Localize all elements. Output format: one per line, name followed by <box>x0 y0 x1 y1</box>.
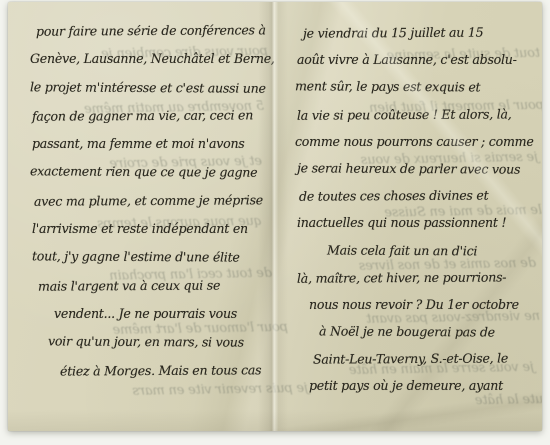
handwritten-line: ment sûr, le pays est exquis et <box>295 73 537 102</box>
handwritten-line: Saint-Leu-Taverny, S.-et-Oise, le <box>295 345 537 374</box>
handwritten-line: passant, ma femme et moi n'avons <box>30 130 266 158</box>
handwritten-line: de toutes ces choses divines et <box>295 181 537 210</box>
handwritten-line: Mais cela fait un an d'ici <box>295 236 537 265</box>
scanned-letter-photo: { "colors":{ "background":"#f3f4ef", "pa… <box>0 0 550 445</box>
letter-page-left: pour faire une série de conférences àGen… <box>30 17 266 385</box>
handwritten-line: voir qu'un jour, en mars, si vous <box>30 328 266 358</box>
handwritten-line: petit pays où je demeure, ayant <box>295 372 537 399</box>
handwritten-line: vendent... Je ne pourrais vous <box>30 300 266 328</box>
letter-paper: pour vous dire combien je5 novembre au m… <box>8 2 542 431</box>
handwritten-line: l'arrivisme et reste indépendant en <box>30 215 266 243</box>
handwritten-line: inactuelles qui nous passionnent ! <box>295 209 537 236</box>
handwritten-line: je viendrai du 15 juillet au 15 <box>295 18 537 47</box>
handwritten-line: Genève, Lausanne, Neuchâtel et Berne, <box>30 45 266 73</box>
handwritten-line: exactement rien que ce que je gagne <box>30 158 266 188</box>
handwritten-line: le projet m'intéresse et c'est aussi une <box>30 73 266 103</box>
letter-page-right: je viendrai du 15 juillet au 15août vivr… <box>295 19 537 400</box>
handwritten-line: la vie si peu coûteuse ! Et alors, là, <box>295 100 537 129</box>
handwritten-line: je serai heureux de parler avec vous <box>295 154 537 183</box>
handwritten-line: comme nous pourrons causer ; comme <box>295 128 537 155</box>
handwritten-line: à Noël je ne bougerai pas de <box>295 317 537 346</box>
handwritten-line: tout, j'y gagne l'estime d'une élite <box>30 243 266 273</box>
handwritten-line: façon de gagner ma vie, car, ceci en <box>30 101 266 131</box>
handwritten-line: avec ma plume, et comme je méprise <box>30 186 266 216</box>
handwritten-line: là, maître, cet hiver, ne pourrions- <box>295 263 537 292</box>
handwritten-line: pour faire une série de conférences à <box>30 16 266 46</box>
handwritten-line: étiez à Morges. Mais en tous cas <box>30 356 266 386</box>
handwritten-line: mais l'argent va à ceux qui se <box>30 271 266 301</box>
handwritten-line: nous nous revoir ? Du 1er octobre <box>295 291 537 318</box>
handwritten-line: août vivre à Lausanne, c'est absolu- <box>295 46 537 73</box>
